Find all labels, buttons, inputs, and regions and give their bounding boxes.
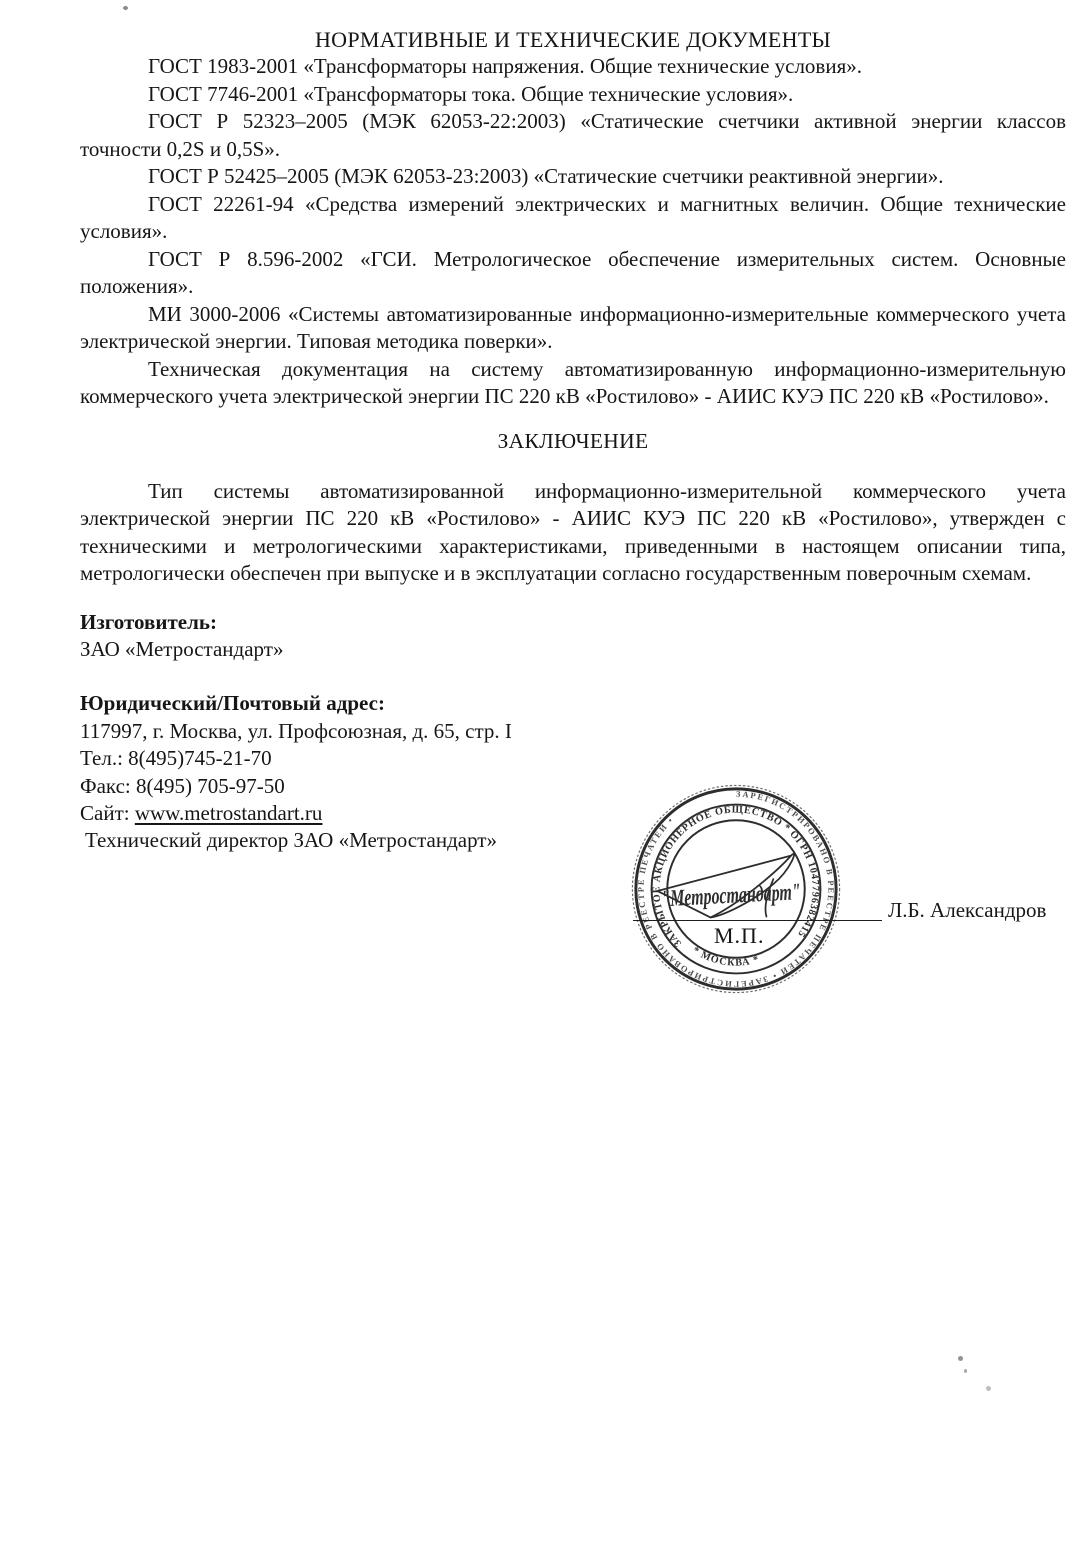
- site-label: Сайт:: [80, 801, 130, 825]
- signatory-name: Л.Б. Александров: [888, 898, 1046, 923]
- scan-speck: [123, 6, 128, 10]
- phone-line: Тел.: 8(495)745-21-70: [80, 745, 1066, 772]
- page-title: НОРМАТИВНЫЕ И ТЕХНИЧЕСКИЕ ДОКУМЕНТЫ: [80, 26, 1066, 53]
- doc-paragraph: ГОСТ Р 52425–2005 (МЭК 62053-23:2003) «С…: [80, 163, 1066, 191]
- fax-line: Факс: 8(495) 705-97-50: [80, 773, 1066, 800]
- contacts-section: Юридический/Почтовый адрес: 117997, г. М…: [80, 690, 1066, 854]
- conclusion-text: Тип системы автоматизированной информаци…: [80, 478, 1066, 588]
- scan-speck: [964, 1369, 967, 1373]
- doc-paragraph: ГОСТ 22261-94 «Средства измерений электр…: [80, 191, 1066, 246]
- scan-speck: [986, 1386, 991, 1391]
- address-label: Юридический/Почтовый адрес:: [80, 690, 1066, 717]
- scan-speck: [958, 1356, 963, 1361]
- manufacturer-section: Изготовитель: ЗАО «Метростандарт»: [80, 609, 1066, 664]
- signature-line: [633, 920, 882, 921]
- normative-documents-section: ГОСТ 1983-2001 «Трансформаторы напряжени…: [80, 53, 1066, 411]
- doc-paragraph: ГОСТ 7746-2001 «Трансформаторы тока. Общ…: [80, 81, 1066, 109]
- doc-paragraph: МИ 3000-2006 «Системы автоматизированные…: [80, 301, 1066, 356]
- site-url-link[interactable]: www.metrostandart.ru: [135, 801, 323, 825]
- doc-paragraph: Техническая документация на систему авто…: [80, 356, 1066, 411]
- manufacturer-name: ЗАО «Метростандарт»: [80, 636, 1066, 663]
- director-role-line: Технический директор ЗАО «Метростандарт»: [80, 827, 1066, 854]
- manufacturer-label: Изготовитель:: [80, 609, 1066, 636]
- document-page: НОРМАТИВНЫЕ И ТЕХНИЧЕСКИЕ ДОКУМЕНТЫ ГОСТ…: [0, 0, 1092, 1560]
- doc-paragraph: ГОСТ Р 52323–2005 (МЭК 62053-22:2003) «С…: [80, 108, 1066, 163]
- company-stamp: ЗАРЕГИСТРИРОВАНО В РЕЕСТРЕ ПЕЧАТЕЙ • ЗАР…: [628, 781, 844, 997]
- conclusion-heading: ЗАКЛЮЧЕНИЕ: [80, 428, 1066, 455]
- site-line: Сайт: www.metrostandart.ru: [80, 800, 1066, 827]
- doc-paragraph: ГОСТ Р 8.596-2002 «ГСИ. Метрологическое …: [80, 246, 1066, 301]
- seal-place-mark: М.П.: [714, 923, 764, 949]
- address-line: 117997, г. Москва, ул. Профсоюзная, д. 6…: [80, 718, 1066, 745]
- doc-paragraph: ГОСТ 1983-2001 «Трансформаторы напряжени…: [80, 53, 1066, 81]
